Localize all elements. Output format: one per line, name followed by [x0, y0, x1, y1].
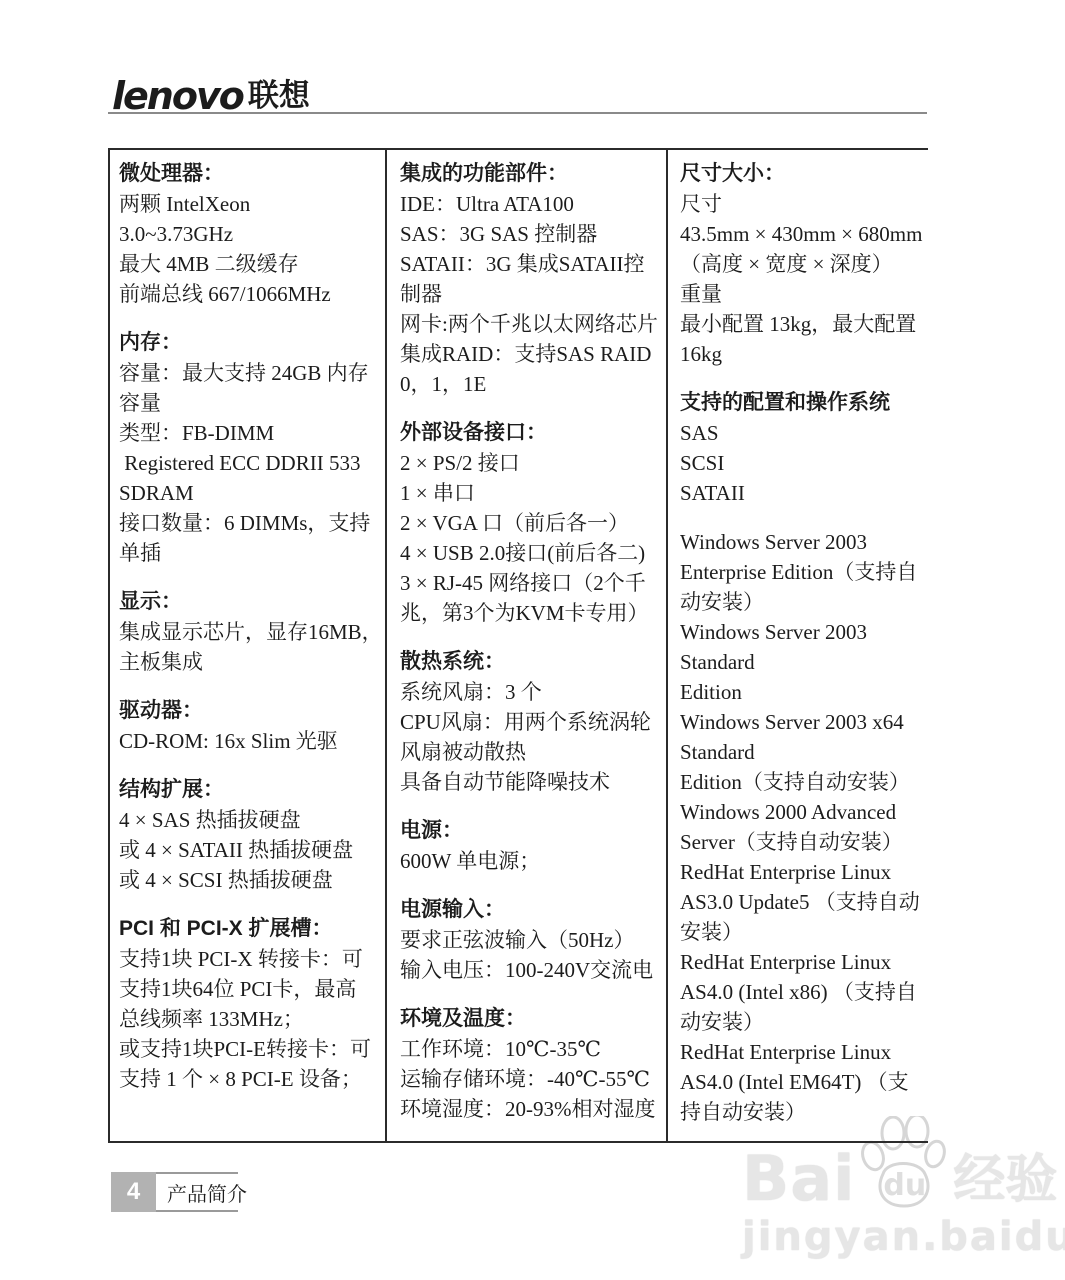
spec-column-integrated: 集成的功能部件：IDE：Ultra ATA100SAS：3G SAS 控制器SA…	[387, 150, 668, 1141]
spec-line: 制器	[400, 279, 660, 309]
spec-line: Windows Server 2003	[680, 617, 922, 647]
spec-line: 动安装）	[680, 1007, 922, 1037]
header-divider	[108, 112, 927, 114]
spec-section-title: 尺寸大小：	[680, 159, 922, 189]
spec-line: 工作环境：10℃-35℃	[400, 1034, 660, 1064]
spec-section-title: 环境及温度：	[400, 1004, 660, 1034]
spec-table: 微处理器：两颗 IntelXeon3.0~3.73GHz最大 4MB 二级缓存前…	[108, 148, 928, 1143]
spec-section: 散热系统：系统风扇：3 个CPU风扇：用两个系统涡轮风扇被动散热具备自动节能降噪…	[400, 647, 660, 797]
spec-line: 前端总线 667/1066MHz	[119, 279, 379, 309]
spec-line: 主板集成	[119, 647, 379, 677]
spec-line: 动安装）	[680, 587, 922, 617]
spec-section: PCI 和 PCI-X 扩展槽：支持1块 PCI-X 转接卡：可支持1块64位 …	[119, 914, 379, 1094]
spec-section-title: 集成的功能部件：	[400, 159, 660, 189]
spec-line: Edition（支持自动安装）	[680, 767, 922, 797]
spec-line: 接口数量：6 DIMMs，支持	[119, 508, 379, 538]
spec-line: Server（支持自动安装）	[680, 827, 922, 857]
spec-line: AS4.0 (Intel EM64T) （支	[680, 1067, 922, 1097]
spec-line: IDE：Ultra ATA100	[400, 189, 660, 219]
spec-section-title: 结构扩展：	[119, 775, 379, 805]
spec-line: 尺寸	[680, 189, 922, 219]
spec-line: 安装）	[680, 917, 922, 947]
spec-line: 总线频率 133MHz；	[119, 1004, 379, 1034]
spec-line: 网卡:两个千兆以太网络芯片	[400, 309, 660, 339]
spec-section: 支持的配置和操作系统SASSCSISATAII	[680, 388, 922, 508]
spec-section-title: 支持的配置和操作系统	[680, 388, 922, 418]
watermark-url-text: jingyan.baidu.com	[742, 1214, 1065, 1260]
spec-line: RedHat Enterprise Linux	[680, 1037, 922, 1067]
spec-line: Windows Server 2003 x64	[680, 707, 922, 737]
spec-section: 外部设备接口：2 × PS/2 接口1 × 串口2 × VGA 口（前后各一）4…	[400, 418, 660, 628]
spec-line: 兆，第3个为KVM卡专用）	[400, 598, 660, 628]
spec-line: 系统风扇：3 个	[400, 677, 660, 707]
spec-section: 结构扩展：4 × SAS 热插拔硬盘或 4 × SATAII 热插拔硬盘或 4 …	[119, 775, 379, 895]
spec-section: 驱动器：CD-ROM: 16x Slim 光驱	[119, 696, 379, 756]
spec-section-title: PCI 和 PCI-X 扩展槽：	[119, 914, 379, 944]
lenovo-logo: lenovo联想	[112, 70, 310, 118]
page-number-badge: 4	[111, 1172, 156, 1212]
spec-line: 集成显示芯片，显存16MB，	[119, 617, 379, 647]
spec-line: SCSI	[680, 448, 922, 478]
spec-section: Windows Server 2003Enterprise Edition（支持…	[680, 527, 922, 1127]
spec-section-title: 电源输入：	[400, 895, 660, 925]
spec-line: Standard	[680, 737, 922, 767]
spec-line: SAS	[680, 418, 922, 448]
spec-line: 重量	[680, 279, 922, 309]
page-number: 4	[127, 1178, 140, 1206]
spec-line: AS3.0 Update5 （支持自动	[680, 887, 922, 917]
spec-line: 3 × RJ-45 网络接口（2个千	[400, 568, 660, 598]
spec-line: 最大 4MB 二级缓存	[119, 249, 379, 279]
spec-section-title: 内存：	[119, 328, 379, 358]
spec-line: CPU风扇：用两个系统涡轮	[400, 707, 660, 737]
footer-section-text: 产品简介	[167, 1178, 247, 1207]
spec-line: 或 4 × SATAII 热插拔硬盘	[119, 835, 379, 865]
spec-line: 两颗 IntelXeon	[119, 189, 379, 219]
spec-line: 43.5mm × 430mm × 680mm	[680, 219, 922, 249]
spec-line: 支持 1 个 × 8 PCI-E 设备；	[119, 1064, 379, 1094]
spec-section-title: 外部设备接口：	[400, 418, 660, 448]
spec-line: SAS：3G SAS 控制器	[400, 219, 660, 249]
spec-section: 环境及温度：工作环境：10℃-35℃运输存储环境：-40℃-55℃环境湿度：20…	[400, 1004, 660, 1124]
spec-line: SDRAM	[119, 478, 379, 508]
spec-line: AS4.0 (Intel x86) （支持自	[680, 977, 922, 1007]
spec-line: Windows Server 2003	[680, 527, 922, 557]
spec-section-title: 电源：	[400, 816, 660, 846]
spec-line: 容量	[119, 388, 379, 418]
watermark-bai-text: Bai	[742, 1148, 855, 1210]
spec-line: 2 × PS/2 接口	[400, 448, 660, 478]
spec-line: 运输存储环境：-40℃-55℃	[400, 1064, 660, 1094]
spec-line: SATAII	[680, 478, 922, 508]
spec-column-dimensions: 尺寸大小：尺寸43.5mm × 430mm × 680mm（高度 × 宽度 × …	[668, 150, 928, 1141]
spec-line: 环境湿度：20-93%相对湿度	[400, 1094, 660, 1124]
spec-line: 单插	[119, 538, 379, 568]
spec-section: 内存：容量：最大支持 24GB 内存容量类型：FB-DIMM Registere…	[119, 328, 379, 568]
spec-line: 具备自动节能降噪技术	[400, 767, 660, 797]
spec-line: Enterprise Edition（支持自	[680, 557, 922, 587]
spec-line: 最小配置 13kg，最大配置	[680, 309, 922, 339]
spec-line: 容量：最大支持 24GB 内存	[119, 358, 379, 388]
spec-line: Standard	[680, 647, 922, 677]
spec-line: 2 × VGA 口（前后各一）	[400, 508, 660, 538]
spec-line: （高度 × 宽度 × 深度）	[680, 249, 922, 279]
spec-line: 4 × SAS 热插拔硬盘	[119, 805, 379, 835]
footer-section-label: 产品简介	[156, 1172, 238, 1212]
spec-section: 尺寸大小：尺寸43.5mm × 430mm × 680mm（高度 × 宽度 × …	[680, 159, 922, 369]
spec-line: 要求正弦波输入（50Hz）	[400, 925, 660, 955]
spec-line: CD-ROM: 16x Slim 光驱	[119, 726, 379, 756]
watermark-jingyan-text: 经验	[953, 1154, 1057, 1206]
spec-line: 0，1，1E	[400, 369, 660, 399]
spec-line: 支持1块 PCI-X 转接卡：可	[119, 944, 379, 974]
spec-section: 集成的功能部件：IDE：Ultra ATA100SAS：3G SAS 控制器SA…	[400, 159, 660, 399]
lenovo-logo-chinese: 联想	[248, 78, 310, 114]
spec-line: RedHat Enterprise Linux	[680, 857, 922, 887]
spec-line: Windows 2000 Advanced	[680, 797, 922, 827]
spec-section: 电源输入：要求正弦波输入（50Hz）输入电压：100-240V交流电	[400, 895, 660, 985]
spec-line: Edition	[680, 677, 922, 707]
spec-line: RedHat Enterprise Linux	[680, 947, 922, 977]
spec-section-title: 散热系统：	[400, 647, 660, 677]
spec-line: 或支持1块PCI-E转接卡：可	[119, 1034, 379, 1064]
spec-section-title: 显示：	[119, 587, 379, 617]
watermark-du-text: du	[883, 1168, 926, 1203]
spec-section-title: 驱动器：	[119, 696, 379, 726]
spec-line: 4 × USB 2.0接口(前后各二)	[400, 538, 660, 568]
spec-line: Registered ECC DDRII 533	[119, 448, 379, 478]
spec-line: 1 × 串口	[400, 478, 660, 508]
spec-section: 显示：集成显示芯片，显存16MB，主板集成	[119, 587, 379, 677]
spec-line: 持自动安装）	[680, 1097, 922, 1127]
spec-column-processor: 微处理器：两颗 IntelXeon3.0~3.73GHz最大 4MB 二级缓存前…	[110, 150, 387, 1141]
spec-line: 风扇被动散热	[400, 737, 660, 767]
spec-line: SATAII：3G 集成SATAII控	[400, 249, 660, 279]
spec-line: 600W 单电源；	[400, 846, 660, 876]
spec-line: 或 4 × SCSI 热插拔硬盘	[119, 865, 379, 895]
spec-line: 3.0~3.73GHz	[119, 219, 379, 249]
spec-line: 类型：FB-DIMM	[119, 418, 379, 448]
spec-line: 输入电压：100-240V交流电	[400, 955, 660, 985]
spec-section-title: 微处理器：	[119, 159, 379, 189]
spec-section: 微处理器：两颗 IntelXeon3.0~3.73GHz最大 4MB 二级缓存前…	[119, 159, 379, 309]
spec-line: 16kg	[680, 339, 922, 369]
spec-section: 电源：600W 单电源；	[400, 816, 660, 876]
spec-line: 支持1块64位 PCI卡，最高	[119, 974, 379, 1004]
spec-line: 集成RAID：支持SAS RAID	[400, 339, 660, 369]
